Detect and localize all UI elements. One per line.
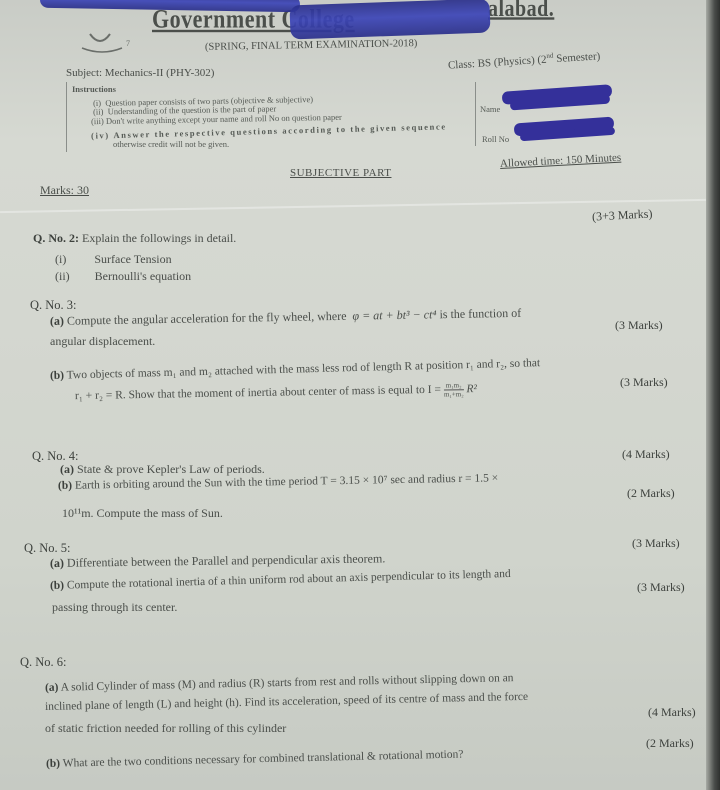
q2-item: (i)Surface Tension (55, 252, 172, 267)
q6a: (a) A solid Cylinder of mass (M) and rad… (45, 672, 514, 694)
allowed-time: Allowed time: 150 Minutes (500, 152, 622, 170)
exam-title: (SPRING, FINAL TERM EXAMINATION-2018) (205, 38, 417, 53)
q3b: (b) Two objects of mass m₁ and m₂ attach… (50, 357, 540, 382)
instruction-item: otherwise credit will not be given. (113, 139, 229, 149)
q6-label: Q. No. 6: (20, 655, 67, 670)
q2-text: Explain the followings in detail. (82, 231, 236, 245)
class-line: Class: BS (Physics) (2nd Semester) (448, 49, 601, 72)
svg-text:7: 7 (126, 39, 130, 48)
q3a: (a) Compute the angular acceleration for… (50, 306, 521, 329)
subject-line: Subject: Mechanics-II (PHY-302) (66, 67, 214, 79)
q6a-cont: inclined plane of length (L) and height … (45, 691, 528, 713)
instructions-title: Instructions (72, 84, 116, 94)
name-label: Name (480, 104, 500, 114)
institution-name-suffix: alabad. (488, 0, 554, 23)
q6a-marks: (4 Marks) (648, 705, 696, 720)
pen-cap (289, 0, 490, 39)
class-label: Class: BS (Physics) (2 (448, 54, 547, 72)
q5a: (a) Differentiate between the Parallel a… (50, 551, 385, 571)
q5b-cont: passing through its center. (52, 600, 177, 615)
q3a-marks: (3 Marks) (615, 318, 663, 333)
marks-total: Marks: 30 (40, 183, 89, 198)
q5b-marks: (3 Marks) (637, 580, 685, 595)
q5-label: Q. No. 5: (24, 541, 71, 556)
q2-label: Q. No. 2: (33, 231, 79, 245)
q6a-cont-2: of static friction needed for rolling of… (45, 721, 286, 736)
q3a-cont: angular displacement. (50, 334, 155, 349)
background-edge (706, 0, 720, 790)
roll-label: Roll No (482, 134, 509, 144)
college-logo-icon: 7 (70, 28, 140, 56)
q3b-fraction: m₁m₂m₁+m₂ (444, 381, 464, 398)
class-suffix: Semester) (553, 50, 600, 65)
q6b: (b) What are the two conditions necessar… (46, 749, 464, 770)
q3b-cont: r₁ + r₂ = R. Show that the moment of ine… (75, 381, 477, 405)
q2-item: (ii)Bernoulli's equation (55, 269, 191, 284)
section-title: SUBJECTIVE PART (290, 167, 391, 179)
q2-marks: (3+3 Marks) (592, 206, 653, 224)
q4a: (a) State & prove Kepler's Law of period… (60, 462, 265, 477)
q3a-formula: φ = at + bt³ − ct⁴ (352, 307, 436, 322)
q4a-marks: (4 Marks) (622, 447, 670, 462)
q6b-marks: (2 Marks) (646, 736, 694, 751)
q5b: (b) Compute the rotational inertia of a … (50, 568, 511, 592)
q4b-marks: (2 Marks) (627, 486, 675, 501)
q5a-marks: (3 Marks) (632, 536, 680, 551)
q2: Q. No. 2: Explain the followings in deta… (33, 231, 236, 246)
q3b-marks: (3 Marks) (620, 375, 668, 390)
q3-label: Q. No. 3: (30, 298, 77, 313)
exam-paper: 7 Government College alabad. (SPRING, FI… (0, 0, 706, 790)
q4b-cont: 10¹¹m. Compute the mass of Sun. (62, 506, 223, 521)
